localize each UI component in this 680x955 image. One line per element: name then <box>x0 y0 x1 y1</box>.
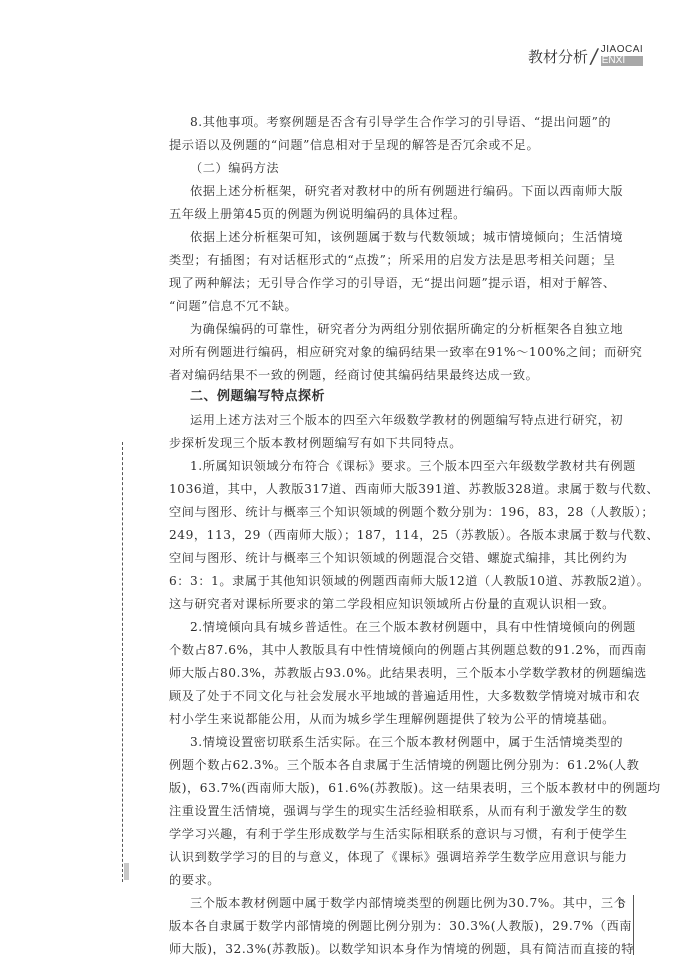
text-line: 对所有例题进行编码，相应研究对象的编码结果一致率在91%～100%之间；而研究 <box>169 344 585 360</box>
text-line: 版)，63.7%(西南师大版)，61.6%(苏教版)。这一结果表明，三个版本教材… <box>169 780 585 796</box>
text-line: “问题”信息不冗不缺。 <box>169 298 585 314</box>
text-line: 依据上述分析框架，研究者对教材中的所有例题进行编码。下面以西南师大版 <box>190 183 606 199</box>
text-line: 五年级上册第45页的例题为例说明编码的具体过程。 <box>169 206 585 222</box>
margin-dashed-rule <box>122 442 123 882</box>
page-number: 5 <box>618 897 625 911</box>
text-line: 2.情境倾向具有城乡普适性。在三个版本教材例题中，具有中性情境倾向的例题 <box>190 619 606 635</box>
pinyin-top: JIAOCAI <box>601 45 643 55</box>
header-slash: / <box>589 46 599 66</box>
text-line: 这与研究者对课标所要求的第二学段相应知识领域所占份量的直观认识相一致。 <box>169 596 585 612</box>
text-line: 1.所属知识领域分布符合《课标》要求。三个版本四至六年级数学教材共有例题 <box>190 458 606 474</box>
text-line: 个数占87.6%，其中人教版具有中性情境倾向的例题占其例题总数的91.2%，而西… <box>169 642 585 658</box>
text-line: 1036道，其中，人教版317道、西南师大版391道、苏教版328道。隶属于数与… <box>169 481 585 497</box>
text-line: 顾及了处于不同文化与社会发展水平地域的普遍适用性，大多数数学情境对城市和农 <box>169 688 585 704</box>
text-line: 三个版本教材例题中属于数学内部情境类型的例题比例为30.7%。其中，三个 <box>190 895 606 911</box>
text-line: 学学习兴趣，有利于学生形成数学与生活实际相联系的意识与习惯，有利于使学生 <box>169 826 585 842</box>
text-line: 3.情境设置密切联系生活实际。在三个版本教材例题中，属于生活情境类型的 <box>190 734 606 750</box>
text-line: 师大版占80.3%，苏教版占93.0%。此结果表明，三个版本小学数学教材的例题编… <box>169 665 585 681</box>
text-line: 提示语以及例题的“问题”信息相对于呈现的解答是否冗余或不足。 <box>169 137 585 153</box>
text-line: 空间与图形、统计与概率三个知识领域的例题混合交错、螺旋式编排，其比例约为 <box>169 550 585 566</box>
text-line: 空间与图形、统计与概率三个知识领域的例题个数分别为：196，83，28（人教版）… <box>169 504 585 520</box>
running-header: 教材分析 / JIAOCAI ENXI <box>528 40 643 66</box>
subsection-heading: （二）编码方法 <box>190 160 606 176</box>
text-line: 认识到数学学习的目的与意义，体现了《课标》强调培养学生数学应用意识与能力 <box>169 849 585 865</box>
text-line: 者对编码结果不一致的例题，经商讨使其编码结果最终达成一致。 <box>169 367 585 383</box>
section-title: 教材分析 <box>528 48 588 66</box>
text-line: 版本各自隶属于数学内部情境的例题比例分别为：30.3%(人教版)，29.7%（西… <box>169 918 585 934</box>
text-line: 249，113，29（西南师大版）；187，114，25（苏教版）。各版本隶属于… <box>169 527 585 543</box>
text-line: 现了两种解法；无引导合作学习的引导语，无“提出问题”提示语，相对于解答、 <box>169 275 585 291</box>
text-line: 为确保编码的可靠性，研究者分为两组分别依据所确定的分析框架各自独立地 <box>190 321 606 337</box>
pinyin-label: JIAOCAI ENXI <box>601 45 643 66</box>
text-line: 例题个数占62.3%。三个版本各自隶属于生活情境的例题比例分别为：61.2%(人… <box>169 757 585 773</box>
pinyin-bottom: ENXI <box>601 56 643 66</box>
text-line: 依据上述分析框架可知，该例题属于数与代数领域；城市情境倾向；生活情境 <box>190 229 606 245</box>
text-line: 6：3：1。隶属于其他知识领域的例题西南师大版12道（人教版10道、苏教版2道）… <box>169 573 585 589</box>
text-line: 8.其他事项。考察例题是否含有引导学生合作学习的引导语、“提出问题”的 <box>190 114 606 130</box>
text-line: 类型；有插图；有对话框形式的“点拨”；所采用的启发方法是思考相关问题；呈 <box>169 252 585 268</box>
text-line: 村小学生来说都能公用，从而为城乡学生理解例题提供了较为公平的情境基础。 <box>169 711 585 727</box>
section-heading: 二、例题编写特点探析 <box>190 389 606 405</box>
text-line: 步探析发现三个版本教材例题编写有如下共同特点。 <box>169 435 585 451</box>
text-line: 运用上述方法对三个版本的四至六年级数学教材的例题编写特点进行研究，初 <box>190 412 606 428</box>
text-line: 师大版)，32.3%(苏教版)。以数学知识本身作为情境的例题，具有简洁而直接的特 <box>169 941 585 955</box>
margin-marker <box>124 863 129 880</box>
page-number-rule <box>633 895 634 955</box>
text-line: 注重设置生活情境，强调与学生的现实生活经验相联系，从而有利于激发学生的数 <box>169 803 585 819</box>
text-line: 的要求。 <box>169 872 585 888</box>
